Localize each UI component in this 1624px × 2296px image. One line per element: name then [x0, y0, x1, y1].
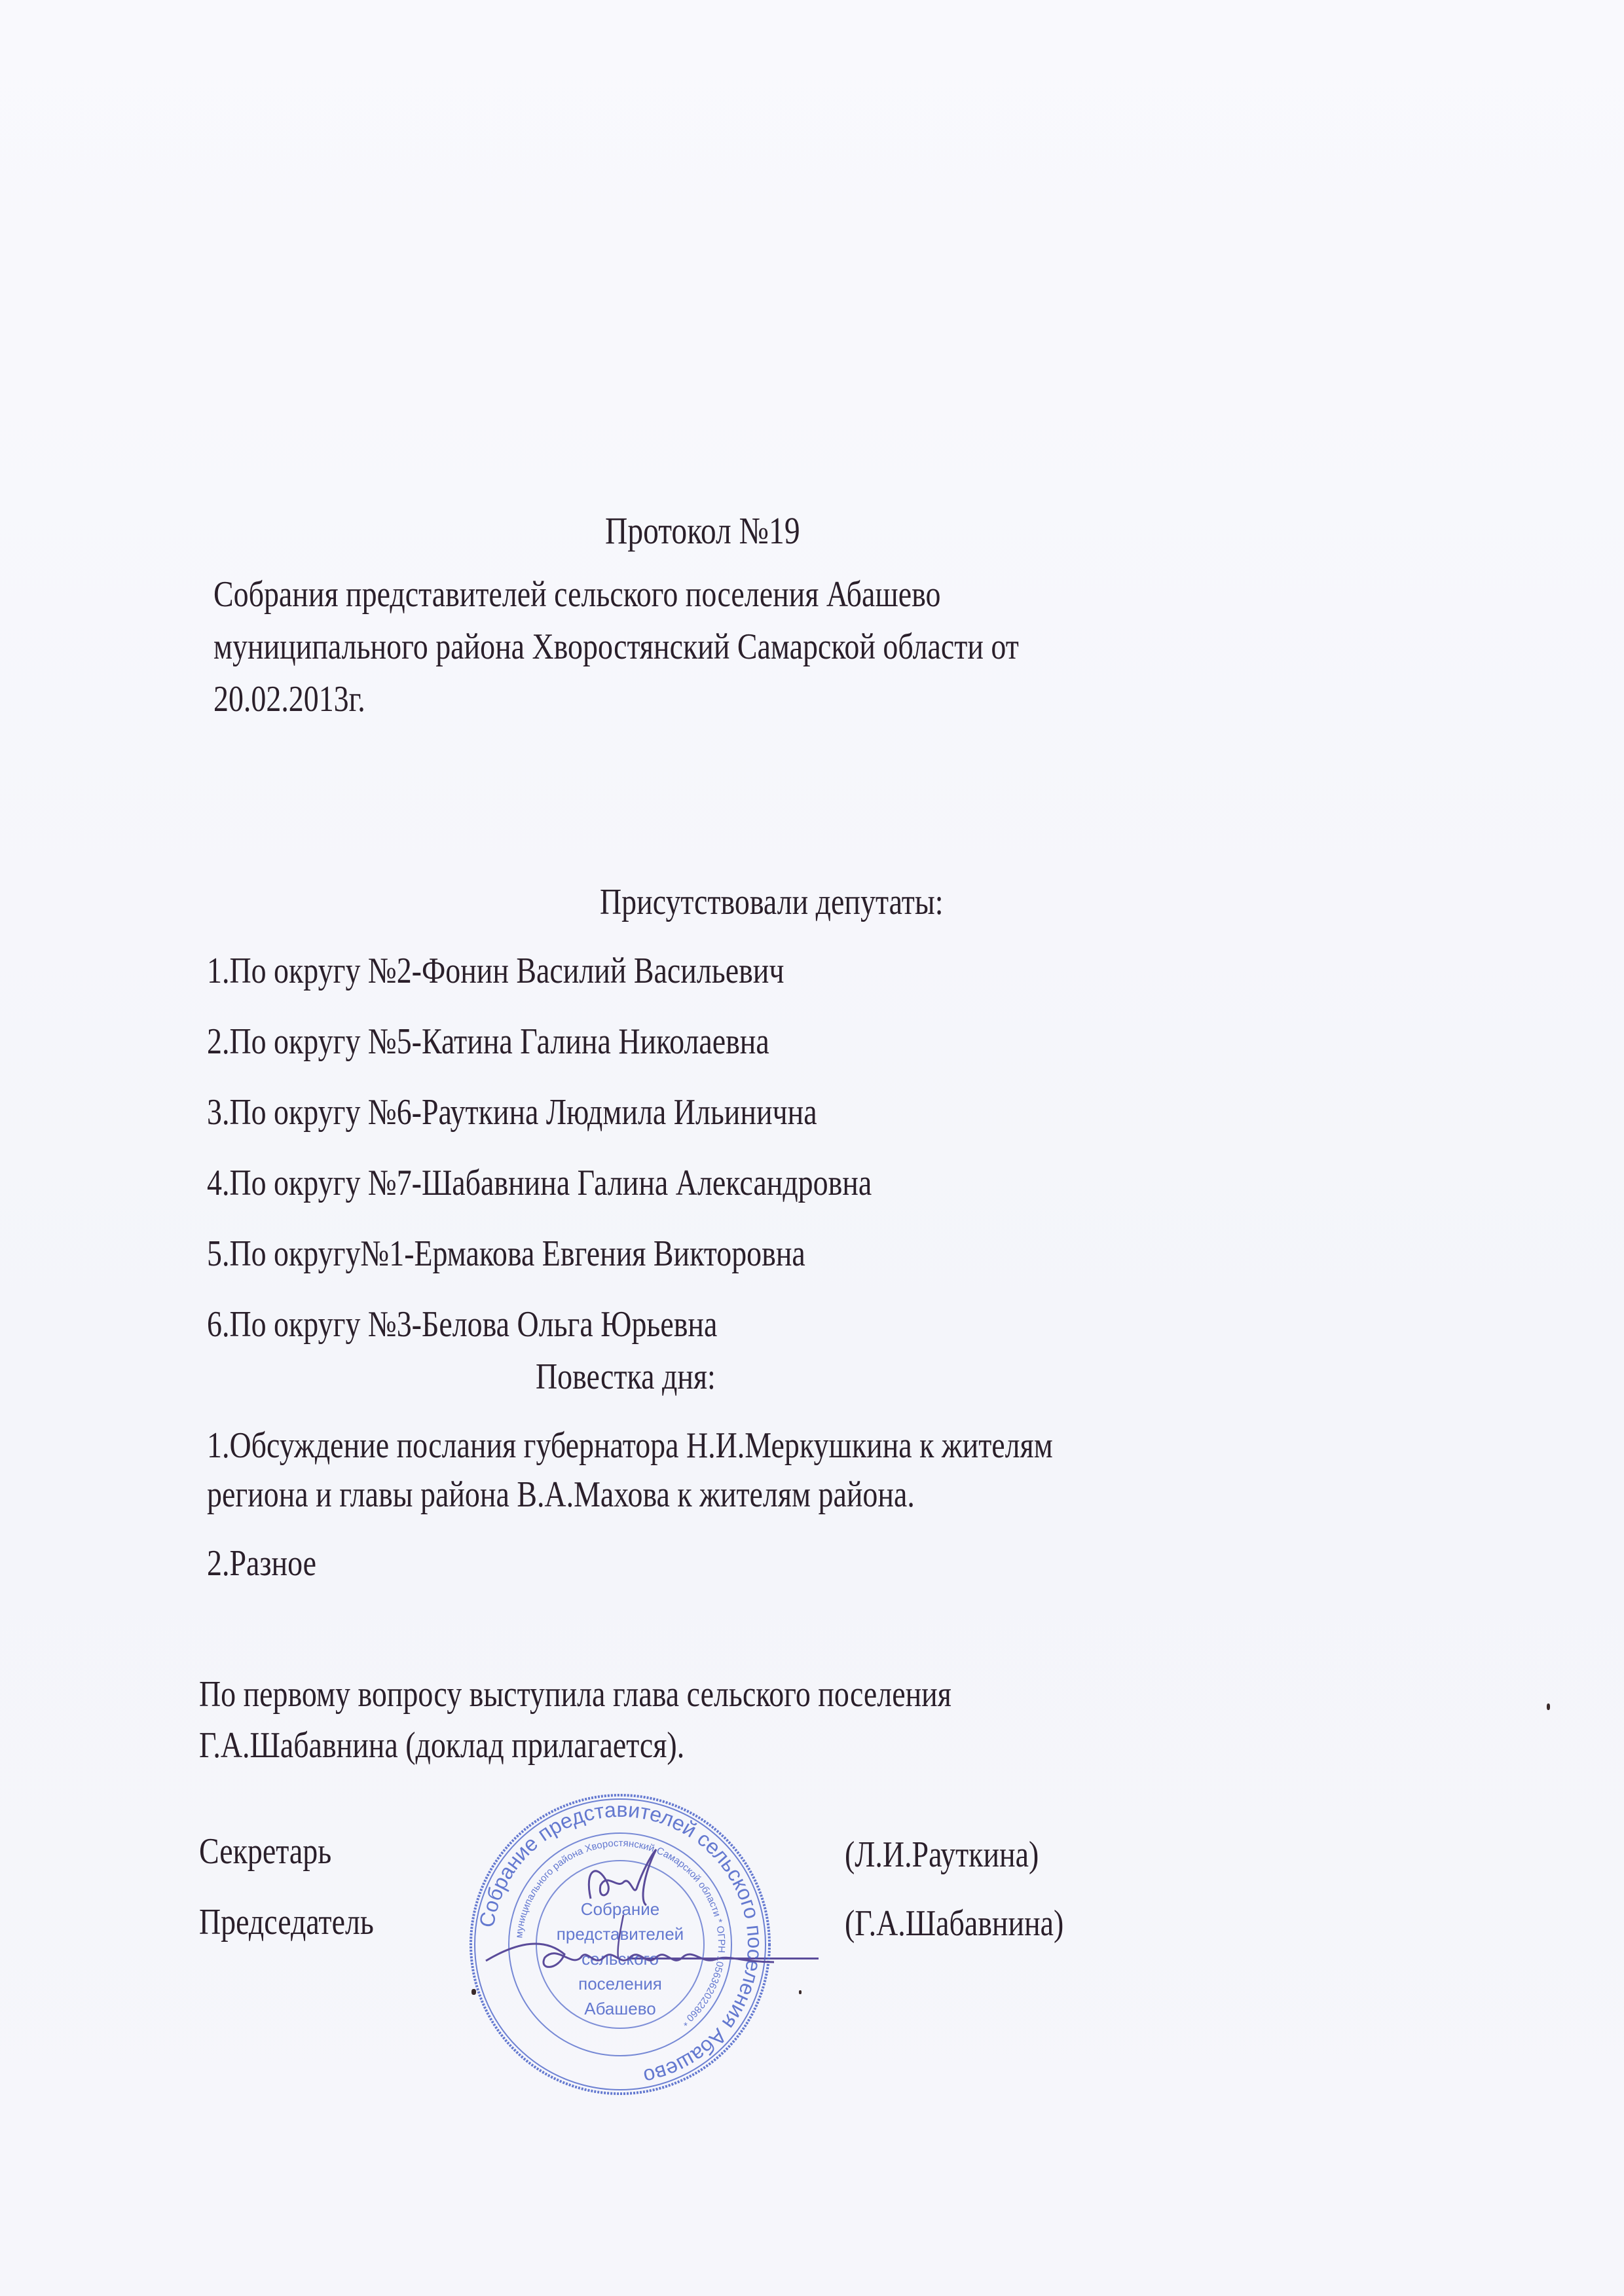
svg-text:Абашево: Абашево: [584, 1999, 655, 2018]
attendee-item: 2.По округу №5-Катина Галина Николаевна: [207, 1023, 769, 1060]
discussion-line-2: Г.А.Шабавнина (доклад прилагается).: [199, 1727, 684, 1764]
attendees-heading: Присутствовали депутаты:: [600, 884, 943, 920]
ink-speck: [1547, 1704, 1550, 1710]
subtitle-line-3: 20.02.2013г.: [213, 681, 365, 718]
ink-speck: [799, 1990, 802, 1994]
agenda-item: 2.Разное: [207, 1545, 316, 1582]
subtitle-line-2: муниципального района Хворостянский Сама…: [213, 629, 1019, 665]
discussion-line-1: По первому вопросу выступила глава сельс…: [199, 1676, 951, 1713]
chair-label: Председатель: [199, 1904, 374, 1941]
attendee-item: 3.По округу №6-Рауткина Людмила Ильиничн…: [207, 1094, 817, 1131]
official-stamp-icon: Собрание представителей сельского поселе…: [466, 1791, 774, 2098]
svg-text:поселения: поселения: [578, 1974, 662, 1994]
attendee-item: 1.По округу №2-Фонин Василий Васильевич: [207, 953, 784, 989]
agenda-item: региона и главы района В.А.Махова к жите…: [207, 1476, 915, 1513]
attendee-item: 6.По округу №3-Белова Ольга Юрьевна: [207, 1306, 717, 1343]
svg-text:Собрание: Собрание: [581, 1899, 659, 1919]
secretary-name: (Л.И.Рауткина): [845, 1836, 1039, 1873]
ink-speck: [471, 1989, 476, 1995]
agenda-item: 1.Обсуждение послания губернатора Н.И.Ме…: [207, 1427, 1053, 1464]
agenda-heading: Повестка дня:: [536, 1358, 716, 1395]
scanned-page: Протокол №19 Собрания представителей сел…: [0, 0, 1624, 2296]
chair-name: (Г.А.Шабавнина): [845, 1905, 1063, 1942]
document-title: Протокол №19: [605, 512, 800, 550]
subtitle-line-1: Собрания представителей сельского поселе…: [213, 576, 940, 613]
attendee-item: 5.По округу№1-Ермакова Евгения Викторовн…: [207, 1235, 805, 1272]
attendee-item: 4.По округу №7-Шабавнина Галина Александ…: [207, 1165, 872, 1201]
secretary-label: Секретарь: [199, 1833, 331, 1870]
